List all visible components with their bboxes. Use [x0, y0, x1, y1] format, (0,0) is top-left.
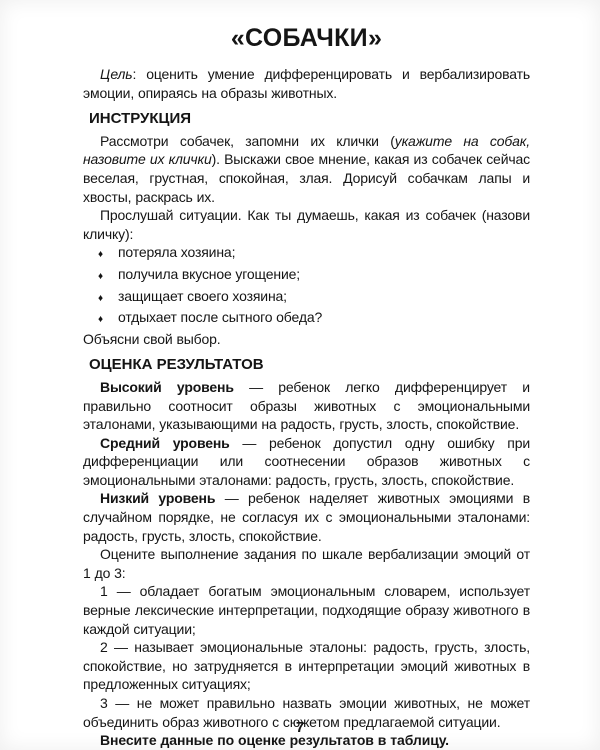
low-level-paragraph: Низкий уровень — ребенок наделяет животн…: [83, 489, 530, 545]
goal-label: Цель: [100, 66, 132, 82]
instruction-paragraph-2: Прослушай ситуации. Как ты думаешь, кака…: [83, 206, 530, 243]
list-item: ♦ получила вкусное угощение;: [83, 265, 530, 287]
goal-text: оценить умение дифференцировать и вербал…: [83, 66, 530, 101]
page-number: 7: [0, 719, 600, 736]
text-column: «СОБАЧКИ» Цель: оценить умение дифференц…: [83, 0, 530, 750]
instruction-heading: ИНСТРУКЦИЯ: [83, 110, 530, 129]
mid-level-paragraph: Средний уровень — ребенок допустил одну …: [83, 434, 530, 490]
diamond-bullet-icon: ♦: [98, 268, 118, 287]
instruction-paragraph-1: Рассмотри собачек, запомни их клички (ук…: [83, 132, 530, 206]
high-level-label: Высокий уровень: [100, 379, 234, 395]
page-title: «СОБАЧКИ»: [83, 26, 530, 51]
diamond-bullet-icon: ♦: [98, 290, 118, 309]
list-item-text: защищает своего хозяина;: [118, 287, 530, 306]
instruction-p1-pre: Рассмотри собачек, запомни их клички (: [100, 133, 395, 149]
mid-level-label: Средний уровень: [100, 435, 230, 451]
results-heading: ОЦЕНКА РЕЗУЛЬТАТОВ: [83, 356, 530, 375]
high-level-paragraph: Высокий уровень — ребенок легко дифферен…: [83, 378, 530, 434]
scale-item-2: 2 — называет эмоциональные эталоны: радо…: [83, 638, 530, 694]
low-level-label: Низкий уровень: [100, 490, 215, 506]
document-page: «СОБАЧКИ» Цель: оценить умение дифференц…: [0, 0, 600, 750]
list-item-text: отдыхает после сытного обеда?: [118, 308, 530, 327]
diamond-bullet-icon: ♦: [98, 246, 118, 265]
list-item: ♦ отдыхает после сытного обеда?: [83, 308, 530, 330]
list-item: ♦ защищает своего хозяина;: [83, 287, 530, 309]
list-item-text: получила вкусное угощение;: [118, 265, 530, 284]
scale-item-1: 1 — обладает богатым эмоциональным слова…: [83, 582, 530, 638]
scale-intro-paragraph: Оцените выполнение задания по шкале верб…: [83, 545, 530, 582]
list-item: ♦ потеряла хозяина;: [83, 243, 530, 265]
diamond-bullet-icon: ♦: [98, 311, 118, 330]
goal-separator: :: [132, 66, 146, 82]
situation-list: ♦ потеряла хозяина; ♦ получила вкусное у…: [83, 243, 530, 329]
list-item-text: потеряла хозяина;: [118, 243, 530, 262]
instruction-paragraph-3: Объясни свой выбор.: [83, 330, 530, 349]
goal-paragraph: Цель: оценить умение дифференцировать и …: [83, 65, 530, 102]
